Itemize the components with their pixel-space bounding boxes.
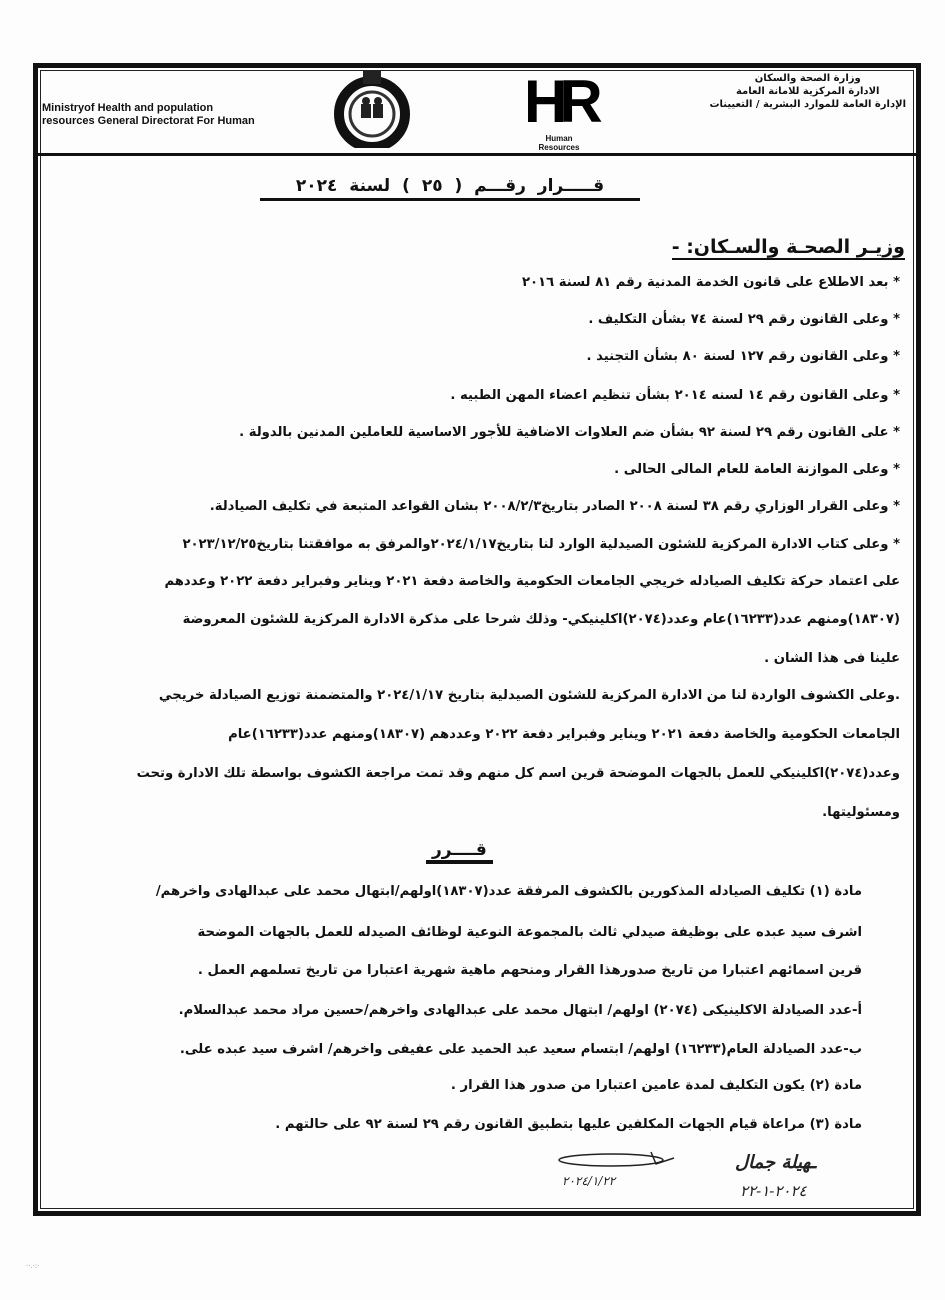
article-line: أ-عدد الصيادلة الاكلينيكى (٢٠٧٤) اولهم/ … <box>44 1003 862 1019</box>
preamble-line: * وعلى القانون رقم ١٤ لسنه ٢٠١٤ بشأن تنظ… <box>44 388 900 404</box>
minister-heading: وزيـر الصحـة والسـكان: - <box>672 236 905 260</box>
article-line: قرين اسمائهم اعتبارا من تاريخ صدورهذا ال… <box>44 963 862 979</box>
preamble-line: * وعلى الموازنة العامة للعام المالى الحا… <box>44 462 900 478</box>
preamble-line: الجامعات الحكومية والخاصة دفعة ٢٠٢١ وينا… <box>44 727 900 743</box>
hr-logo-caption: Human Resources <box>524 134 594 152</box>
hr-logo-letters: HR <box>524 73 594 131</box>
decision-title: قـــــرار رقـــم ( ٢٥ ) لسنة ٢٠٢٤ <box>260 176 640 201</box>
preamble-line: * وعلى كتاب الادارة المركزية للشئون الصي… <box>44 537 900 553</box>
preamble-line: (١٨٣٠٧)ومنهم عدد(١٦٢٣٣)عام وعدد(٢٠٧٤)اكل… <box>44 612 900 628</box>
preamble-line: على اعتماد حركة تكليف الصيادله خريجي الج… <box>44 574 900 590</box>
signature-2-scribble-icon <box>556 1150 676 1168</box>
preamble-line: * على القانون رقم ٢٩ لسنة ٩٢ بشأن ضم الع… <box>44 425 900 441</box>
english-line-2: resources General Directorat For Human <box>42 115 255 128</box>
arabic-line-3: الإدارة العامة للموارد البشرية / التعيين… <box>709 98 906 111</box>
preamble-line: * وعلى القرار الوزاري رقم ٣٨ لسنة ٢٠٠٨ ا… <box>44 499 900 515</box>
signature-1-date: ٢٠٢٤-١-٢٢ <box>740 1182 807 1200</box>
arabic-ministry-name: وزارة الصحة والسكان الادارة المركزية للا… <box>709 72 906 111</box>
article-line: ب-عدد الصيادلة العام(١٦٢٣٣) اولهم/ ابتسا… <box>44 1042 862 1058</box>
english-line-1: Ministryof Health and population <box>42 102 255 115</box>
decides-heading: قــــرر <box>426 840 493 864</box>
preamble-line: وعدد(٢٠٧٤)اكلينيكي للعمل بالجهات الموضحة… <box>44 766 900 782</box>
preamble-line: .وعلى الكشوف الواردة لنا من الادارة المر… <box>44 688 900 704</box>
signature-1-name: ـهيلة جمال <box>735 1152 816 1173</box>
preamble-line: علينا فى هذا الشان . <box>44 651 900 667</box>
article-line: مادة (٢) يكون التكليف لمدة عامين اعتبارا… <box>44 1078 862 1094</box>
letterhead: Ministryof Health and population resourc… <box>38 68 916 156</box>
english-ministry-name: Ministryof Health and population resourc… <box>42 102 255 128</box>
article-line: مادة (١) تكليف الصيادله المذكورين بالكشو… <box>44 884 862 900</box>
preamble-line: ومسئوليتها. <box>44 805 900 821</box>
preamble-line: * وعلى القانون رقم ١٢٧ لسنة ٨٠ بشأن التج… <box>44 349 900 365</box>
preamble-line: * بعد الاطلاع على قانون الخدمة المدنية ر… <box>44 275 900 291</box>
article-line: اشرف سيد عبده على بوظيفة صيدلي ثالث بالم… <box>44 925 862 941</box>
signature-2-date: ٢٠٢٤/١/٢٢ <box>562 1174 615 1188</box>
arabic-line-2: الادارة المركزية للامانة العامة <box>709 85 906 98</box>
article-line: مادة (٣) مراعاة قيام الجهات المكلفين علي… <box>44 1117 862 1133</box>
preamble-line: * وعلى القانون رقم ٢٩ لسنة ٧٤ بشأن التكل… <box>44 312 900 328</box>
scan-noise: ··.·:· <box>26 1262 39 1270</box>
arabic-line-1: وزارة الصحة والسكان <box>709 72 906 85</box>
hr-logo: HR Human Resources <box>524 73 594 153</box>
ministry-emblem-icon <box>333 70 411 148</box>
